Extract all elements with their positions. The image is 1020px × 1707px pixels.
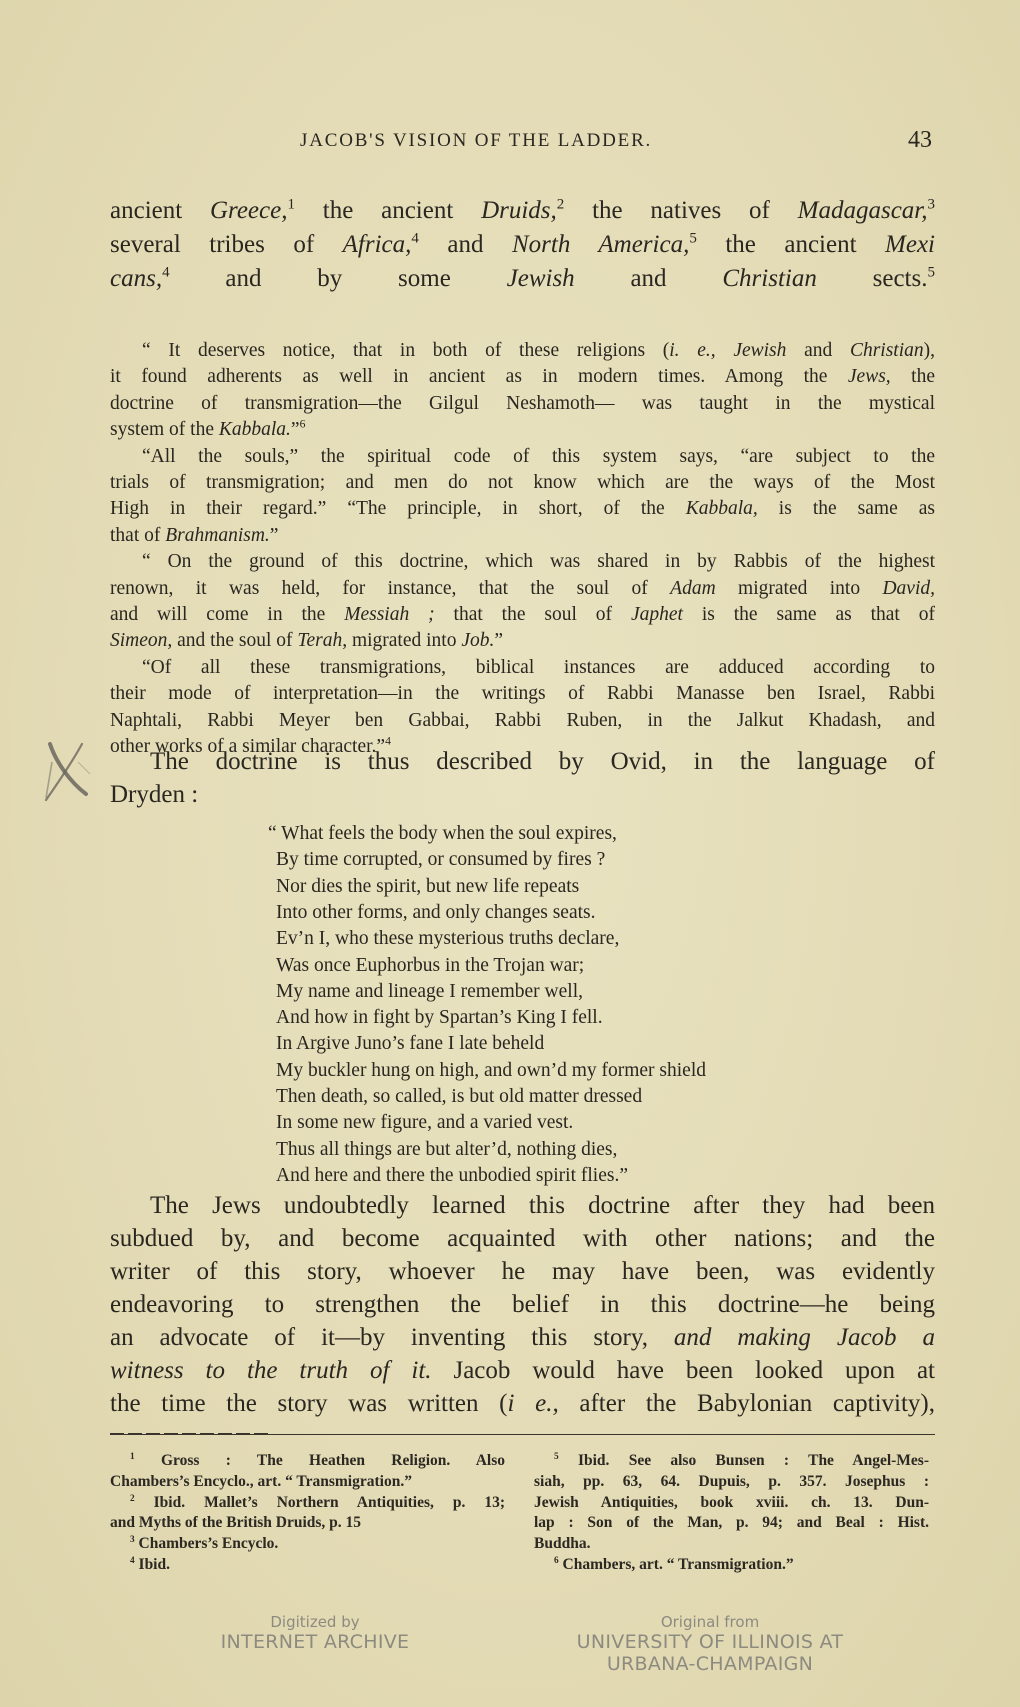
text-run: writer of this story, whoever he may hav… (110, 1258, 935, 1285)
text-run: Jewish (507, 265, 575, 292)
text-run: Ibid. See also Bunsen : The Angel-Mes- (559, 1452, 929, 1469)
text-run: is the same as (758, 498, 935, 519)
text-run: Chambers, art. “ Transmigration.” (559, 1556, 794, 1573)
text-run: lap : Son of the Man, p. 94; and Beal : … (534, 1514, 929, 1531)
text-run: and (419, 231, 512, 258)
text-run: sects. (817, 265, 928, 292)
text-line: several tribes of Africa,4 and North Ame… (110, 231, 935, 259)
verse-line: My buckler hung on high, and own’d my fo… (276, 1060, 706, 1082)
text-run: cans, (110, 265, 162, 292)
text-line: 3 Chambers’s Encyclo. (130, 1535, 505, 1553)
footnote-ref: 6 (300, 418, 306, 431)
text-run: ), (924, 340, 935, 361)
text-line: ancient Greece,1 the ancient Druids,2 th… (110, 197, 935, 225)
verse-line: Into other forms, and only changes seats… (276, 902, 596, 924)
text-line: “ It deserves notice, that in both of th… (142, 340, 935, 362)
text-run: Jacob would have been looked upon at (432, 1357, 935, 1384)
text-line: Jewish Antiquities, book xviii. ch. 13. … (534, 1494, 929, 1512)
text-run: doctrine of transmigration—the Gilgul Ne… (110, 393, 935, 414)
watermark-original-label: Original from (560, 1613, 860, 1631)
text-run: Simeon, (110, 630, 172, 651)
watermark-university-line-1: UNIVERSITY OF ILLINOIS AT (560, 1631, 860, 1653)
text-run: ” (291, 419, 300, 440)
text-line: that of Brahmanism.” (110, 525, 935, 547)
text-run: their mode of interpretation—in the writ… (110, 683, 935, 704)
text-run: Naphtali, Rabbi Meyer ben Gabbai, Rabbi … (110, 710, 935, 731)
text-run: the natives of (564, 197, 797, 224)
text-line: “Of all these transmigrations, biblical … (142, 657, 935, 679)
text-line: 5 Ibid. See also Bunsen : The Angel-Mes- (554, 1452, 929, 1470)
verse-line: In Argive Juno’s fane I late beheld (276, 1033, 544, 1055)
text-run: ” (494, 630, 503, 651)
text-run: an advocate of it—by inventing this stor… (110, 1324, 674, 1351)
watermark-university-line-2: URBANA-CHAMPAIGN (560, 1653, 860, 1675)
text-run: and by some (170, 265, 507, 292)
text-run: “ It deserves notice, that in both of th… (142, 340, 669, 361)
text-run: is the same as that of (683, 604, 935, 625)
text-run: migrated into (347, 630, 461, 651)
text-run: and making Jacob a (674, 1324, 935, 1351)
text-run: Jews, (848, 366, 891, 387)
text-run: Chambers’s Encyclo. (135, 1535, 279, 1552)
text-run: and (575, 265, 723, 292)
book-page: JACOB'S VISION OF THE LADDER. 43 Digitiz… (0, 0, 1020, 1707)
text-run: it found adherents as well in ancient as… (110, 366, 848, 387)
verse-line: Ev’n I, who these mysterious truths decl… (276, 928, 619, 950)
text-run: Africa, (343, 231, 412, 258)
text-line: 4 Ibid. (130, 1556, 505, 1574)
text-run: “Of all these transmigrations, biblical … (142, 657, 935, 678)
text-line: High in their regard.” “The principle, i… (110, 498, 935, 520)
footnote-ref: 5 (689, 231, 697, 247)
text-run: the (891, 366, 935, 387)
running-title: JACOB'S VISION OF THE LADDER. (300, 130, 652, 152)
text-run: Kabbala, (686, 498, 758, 519)
text-run: that of (110, 525, 165, 546)
text-run: Ibid. (135, 1556, 170, 1573)
text-line: The Jews undoubtedly learned this doctri… (150, 1192, 935, 1220)
footnote-ref: 4 (411, 231, 419, 247)
text-run: Christian (850, 340, 924, 361)
text-line: Simeon, and the soul of Terah, migrated … (110, 630, 935, 652)
text-run: North America, (512, 231, 689, 258)
watermark-original-from: Original from UNIVERSITY OF ILLINOIS AT … (560, 1613, 860, 1675)
text-run: that the soul of (435, 604, 631, 625)
text-run: and Myths of the British Druids, p. 15 (110, 1514, 361, 1531)
text-run: the time the story was written ( (110, 1390, 508, 1417)
text-line: trials of transmigration; and men do not… (110, 472, 935, 494)
text-line: Naphtali, Rabbi Meyer ben Gabbai, Rabbi … (110, 710, 935, 732)
verse-line: And how in fight by Spartan’s King I fel… (276, 1007, 603, 1029)
text-line: 6 Chambers, art. “ Transmigration.” (554, 1556, 929, 1574)
text-run: and will come in the (110, 604, 344, 625)
text-run: Japhet (631, 604, 683, 625)
text-line: Chambers’s Encyclo., art. “ Transmigrati… (110, 1473, 505, 1491)
text-run: Gross : The Heathen Religion. Also (135, 1452, 505, 1469)
text-run: Druids, (481, 197, 557, 224)
text-run: the ancient (697, 231, 885, 258)
verse-line: In some new figure, and a varied vest. (276, 1112, 573, 1134)
text-line: doctrine of transmigration—the Gilgul Ne… (110, 393, 935, 415)
text-run: trials of transmigration; and men do not… (110, 472, 935, 493)
text-line: 2 Ibid. Mallet’s Northern Antiquities, p… (130, 1494, 505, 1512)
text-run: ancient (110, 197, 210, 224)
text-run: Jewish Antiquities, book xviii. ch. 13. … (534, 1494, 929, 1511)
text-run: Madagascar, (798, 197, 928, 224)
text-line: the time the story was written (i e., af… (110, 1390, 935, 1418)
verse-line: Nor dies the spirit, but new life repeat… (276, 876, 579, 898)
text-run: renown, it was held, for instance, that … (110, 578, 670, 599)
text-line: cans,4 and by some Jewish and Christian … (110, 265, 935, 293)
text-run: migrated into (716, 578, 883, 599)
text-line: writer of this story, whoever he may hav… (110, 1258, 935, 1286)
text-line: renown, it was held, for instance, that … (110, 578, 935, 600)
text-line: lap : Son of the Man, p. 94; and Beal : … (534, 1514, 929, 1532)
text-line: Dryden : (110, 781, 935, 809)
text-run: Brahmanism. (165, 525, 270, 546)
page-number: 43 (908, 127, 932, 154)
verse-line: Was once Euphorbus in the Trojan war; (276, 955, 584, 977)
text-line: system of the Kabbala.”6 (110, 419, 935, 441)
text-run: ” (270, 525, 279, 546)
text-run: system of the (110, 419, 219, 440)
text-line: “ On the ground of this doctrine, which … (142, 551, 935, 573)
running-head: JACOB'S VISION OF THE LADDER. 43 (0, 130, 1020, 160)
text-run: Buddha. (534, 1535, 590, 1552)
text-line: and Myths of the British Druids, p. 15 (110, 1514, 505, 1532)
text-line: their mode of interpretation—in the writ… (110, 683, 935, 705)
text-run: i e., (508, 1390, 559, 1417)
text-run: after the Babylonian captivity), (559, 1390, 935, 1417)
text-run: several tribes of (110, 231, 343, 258)
text-run: Kabbala. (219, 419, 291, 440)
text-line: 1 Gross : The Heathen Religion. Also (130, 1452, 505, 1470)
text-run: the ancient (295, 197, 481, 224)
text-run: Job. (461, 630, 494, 651)
verse-line: “ What feels the body when the soul expi… (268, 823, 617, 845)
text-line: Buddha. (534, 1535, 929, 1553)
text-run: witness to the truth of it. (110, 1357, 432, 1384)
text-line: an advocate of it—by inventing this stor… (110, 1324, 935, 1352)
footnote-ref: 5 (927, 265, 935, 281)
text-run: Adam (670, 578, 716, 599)
footnote-ref: 1 (287, 197, 295, 213)
text-run: endeavoring to strengthen the belief in … (110, 1291, 935, 1318)
text-run: High in their regard.” “The principle, i… (110, 498, 686, 519)
text-line: subdued by, and become acquainted with o… (110, 1225, 935, 1253)
text-line: endeavoring to strengthen the belief in … (110, 1291, 935, 1319)
text-run: Mexi (885, 231, 935, 258)
text-run: “ On the ground of this doctrine, which … (142, 551, 935, 572)
text-run: Terah, (297, 630, 347, 651)
verse-line: Thus all things are but alter’d, nothing… (276, 1139, 617, 1161)
text-line: it found adherents as well in ancient as… (110, 366, 935, 388)
text-run: Greece, (210, 197, 288, 224)
text-run: siah, pp. 63, 64. Dupuis, p. 357. Joseph… (534, 1473, 929, 1490)
text-line: “All the souls,” the spiritual code of t… (142, 446, 935, 468)
text-run: subdued by, and become acquainted with o… (110, 1225, 935, 1252)
verse-line: And here and there the unbodied spirit f… (276, 1165, 628, 1187)
watermark-internet-archive: INTERNET ARCHIVE (215, 1631, 415, 1653)
watermark-digitized-label: Digitized by (215, 1613, 415, 1631)
footnote-rule (110, 1434, 935, 1435)
text-line: witness to the truth of it. Jacob would … (110, 1357, 935, 1385)
verse-line: By time corrupted, or consumed by fires … (276, 849, 605, 871)
verse-line: Then death, so called, is but old matter… (276, 1086, 642, 1108)
text-line: The doctrine is thus described by Ovid, … (150, 748, 935, 776)
text-line: siah, pp. 63, 64. Dupuis, p. 357. Joseph… (534, 1473, 929, 1491)
footnote-ref: 4 (385, 735, 391, 748)
text-run: David, (882, 578, 935, 599)
footnote-ref: 4 (162, 265, 170, 281)
text-run: “All the souls,” the spiritual code of t… (142, 446, 935, 467)
text-run: The doctrine is thus described by Ovid, … (150, 748, 935, 775)
text-run: Dryden : (110, 781, 198, 808)
watermark-digitized-by: Digitized by INTERNET ARCHIVE (215, 1613, 415, 1653)
text-run: Chambers’s Encyclo., art. “ Transmigrati… (110, 1473, 412, 1490)
text-run: and (786, 340, 850, 361)
text-run: Messiah ; (344, 604, 434, 625)
footnote-ref: 3 (928, 197, 936, 213)
verse-line: My name and lineage I remember well, (276, 981, 583, 1003)
text-line: and will come in the Messiah ; that the … (110, 604, 935, 626)
text-run: The Jews undoubtedly learned this doctri… (150, 1192, 935, 1219)
text-run: Christian (722, 265, 816, 292)
text-run: i. e., Jewish (669, 340, 786, 361)
text-run: Ibid. Mallet’s Northern Antiquities, p. … (135, 1494, 505, 1511)
pencil-x-mark-icon (42, 742, 92, 802)
text-run: and the soul of (172, 630, 297, 651)
